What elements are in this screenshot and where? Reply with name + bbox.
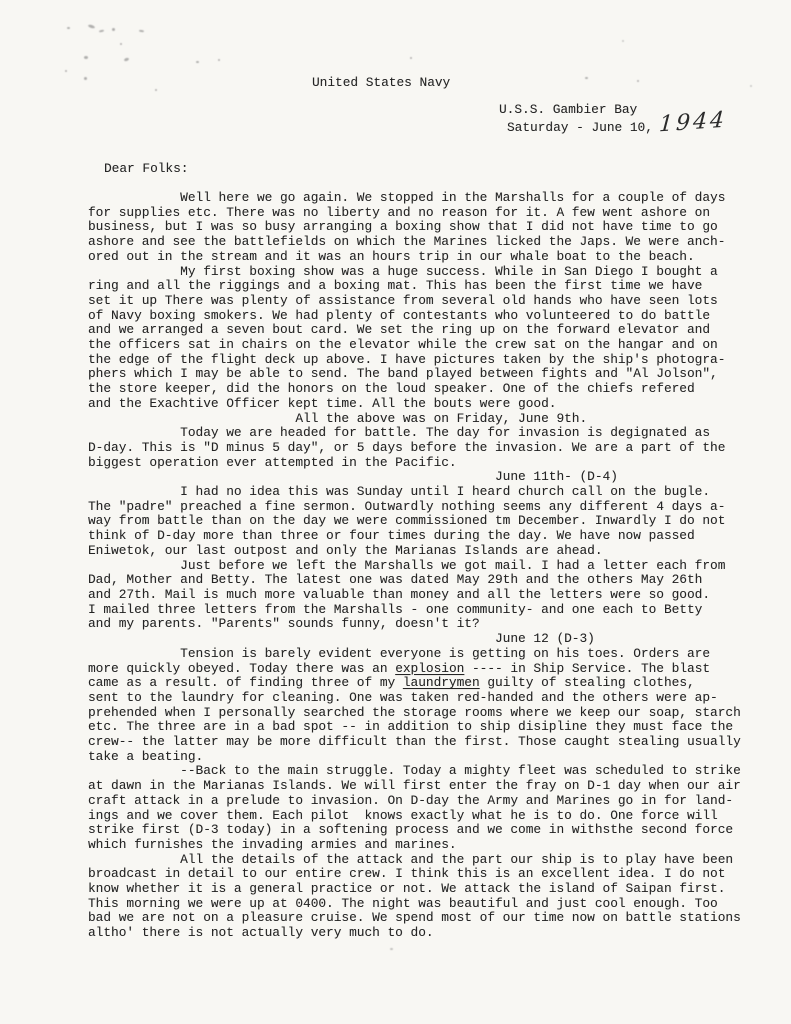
date-line: Saturday - June 10,1944 (507, 118, 721, 136)
scan-speck (410, 57, 412, 59)
scan-speck (637, 80, 639, 82)
scan-speck (750, 85, 752, 87)
pencil-smudge (65, 70, 67, 72)
pencil-smudge (120, 43, 122, 45)
pencil-smudge (139, 30, 144, 33)
salutation: Dear Folks: (104, 162, 188, 177)
ship-name: U.S.S. Gambier Bay (499, 103, 637, 118)
body-text-part3: guilty of stealing clothes, sent to the … (88, 675, 741, 940)
pencil-smudge (218, 59, 220, 61)
pencil-smudge (84, 56, 88, 59)
letter-body: Well here we go again. We stopped in the… (88, 191, 741, 941)
pencil-smudge (99, 30, 104, 33)
scan-speck (585, 77, 588, 79)
pencil-smudge (88, 24, 96, 29)
body-text-part1: Well here we go again. We stopped in the… (88, 190, 725, 676)
handwritten-year: 1944 (659, 114, 728, 133)
pencil-smudge (196, 61, 199, 63)
scan-speck (390, 948, 393, 950)
pencil-smudge (67, 27, 70, 29)
pencil-smudge (112, 28, 115, 31)
pencil-smudge (84, 77, 87, 80)
pencil-smudge (124, 57, 130, 62)
letter-page: United States Navy U.S.S. Gambier Bay Sa… (0, 0, 791, 1024)
scan-speck (622, 40, 624, 42)
pencil-smudge (155, 89, 157, 91)
underlined-word-laundrymen: laundrymen (403, 675, 480, 690)
letterhead-title: United States Navy (312, 76, 450, 91)
underlined-word-explosion: explosion (395, 661, 464, 676)
date-typed: Saturday - June 10, (507, 120, 653, 135)
